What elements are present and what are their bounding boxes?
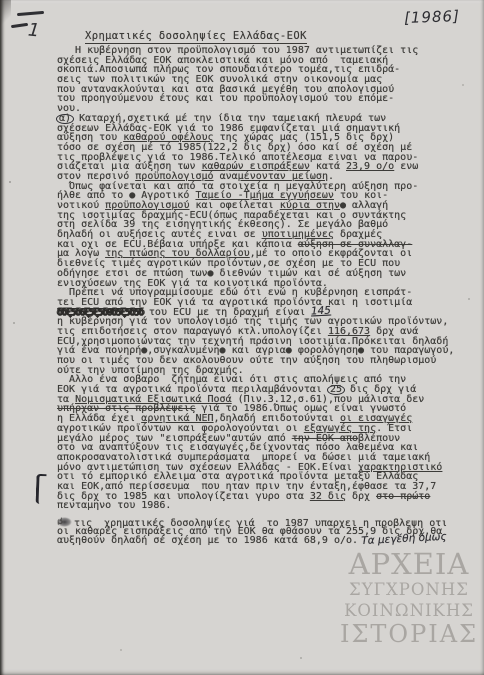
corner-pen-stroke-bottom bbox=[11, 23, 28, 28]
scanned-page: 1 [1986] Χρηματικές δοσοληψίες Ελλάδας-Ε… bbox=[0, 0, 484, 675]
stamp-corner-icon bbox=[346, 640, 358, 652]
scan-noise-specks bbox=[0, 0, 2, 2]
archive-stamp: ΑΡΧΕΙΑ ΣΥΓΧΡΟΝΗΣ ΚΟΙΝΩΝΙΚΗΣ ΙΣΤΟΡΙΑΣ bbox=[338, 547, 480, 650]
paragraph: Η κυβέρνηση στον προϋπολογισμό του 1987 … bbox=[57, 46, 481, 114]
paragraph: Πρέπει νά υπογραμμίσουμε εδώ ότι ενώ η κ… bbox=[57, 288, 481, 375]
document-line: πενταμηνο του 1986. bbox=[57, 501, 481, 511]
stamp-corner-icon bbox=[460, 640, 472, 652]
stamp-line: ΙΣΤΟΡΙΑΣ bbox=[338, 621, 480, 648]
handwritten-page-number: 1 bbox=[27, 19, 41, 41]
corner-pen-stroke-top bbox=[17, 11, 44, 16]
stamp-line: ΑΡΧΕΙΑ bbox=[338, 549, 480, 579]
handwritten-year-note: [1986] bbox=[404, 7, 460, 27]
stamp-corner-icon bbox=[340, 545, 352, 557]
stamp-line: ΣΥΓΧΡΟΝΗΣ bbox=[338, 579, 480, 600]
paragraph: α) Καταρχή,σχετικά μέ την ίδια την ταμει… bbox=[57, 114, 481, 182]
stamp-corner-icon bbox=[466, 545, 478, 557]
typed-text: Χρηματικές δοσοληψίες Ελλάδας-ΕΟΚ Η κυβέ… bbox=[57, 30, 481, 546]
document-title: Χρηματικές δοσοληψίες Ελλάδας-ΕΟΚ bbox=[85, 30, 481, 46]
paragraph: βτις χρηματικές δοσοληψίες γιά το 1987 υ… bbox=[57, 517, 481, 546]
paragraph: Αλλο ένα σοβαρο ζήτημα ειναι ότι στις απ… bbox=[57, 375, 481, 511]
page-corner-fold bbox=[0, 0, 11, 28]
document-line: του προηγούμενου έτους και του προϋπολογ… bbox=[57, 94, 481, 104]
paragraph: Όπως φαίνεται και από τα στοιχεία η μεγα… bbox=[57, 182, 481, 289]
margin-pen-mark bbox=[35, 474, 46, 504]
stamp-line: ΚΟΙΝΩΝΙΚΗΣ bbox=[338, 600, 480, 621]
document-line: αυξηθούν δηλαδή σέ σχέση με το 1986 κατά… bbox=[57, 536, 481, 546]
